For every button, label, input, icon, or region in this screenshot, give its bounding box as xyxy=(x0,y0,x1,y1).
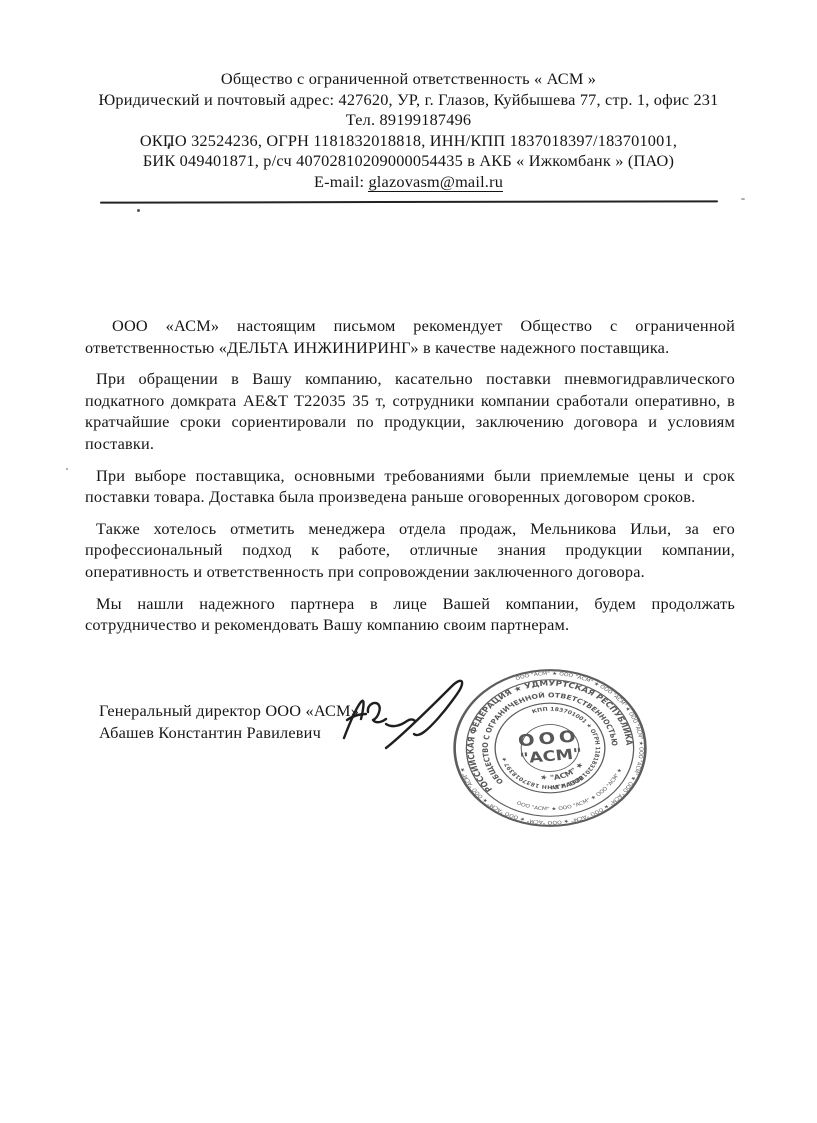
stamp-center-text: ООО "АСМ" xyxy=(517,727,584,767)
company-stamp: ООО "АСМ" ★ ООО "АСМ" ★ ООО "АСМ" ★ ООО … xyxy=(452,668,648,828)
letterhead-divider xyxy=(100,200,718,204)
paragraph-line: оперативность и ответственность при сопр… xyxy=(85,561,735,583)
scan-artifact xyxy=(137,209,140,212)
email-label: E-mail: xyxy=(314,172,364,191)
letterhead: Общество с ограниченной ответственность … xyxy=(0,69,817,193)
bank-details-line: БИК 049401871, р/сч 40702810209000054435… xyxy=(0,151,817,172)
paragraph-line: ответственностью «ДЕЛЬТА ИНЖИНИРИНГ» в к… xyxy=(85,337,735,359)
signatory-name: Абашев Константин Равилевич xyxy=(99,722,359,744)
scan-artifact xyxy=(741,198,745,200)
email-link[interactable]: glazovasm@mail.ru xyxy=(368,172,503,192)
address-line: Юридический и почтовый адрес: 427620, УР… xyxy=(0,90,817,111)
phone-line: Тел. 89199187496 xyxy=(0,110,817,131)
paragraph: Мы нашли надежного партнера в лице Вашей… xyxy=(85,593,735,636)
scan-artifact xyxy=(66,468,68,470)
signature-block: Генеральный директор ООО «АСМ» Абашев Ко… xyxy=(99,700,359,744)
paragraph-line: поставки товара. Доставка была произведе… xyxy=(85,486,735,508)
paragraph-line: Мы нашли надежного партнера в лице Вашей… xyxy=(85,593,735,615)
letter-body: ООО «АСМ» настоящим письмом рекомендует … xyxy=(85,315,735,646)
paragraph-line: сотрудничество и рекомендовать Вашу комп… xyxy=(85,614,735,636)
paragraph-line: При выборе поставщика, основными требова… xyxy=(85,465,735,487)
paragraph-line: кратчайшие сроки сориентировали по проду… xyxy=(85,411,735,433)
paragraph-line: профессиональный подход к работе, отличн… xyxy=(85,539,735,561)
paragraph-line: Также хотелось отметить менеджера отдела… xyxy=(85,518,735,540)
company-name-line: Общество с ограниченной ответственность … xyxy=(0,69,817,90)
paragraph: ООО «АСМ» настоящим письмом рекомендует … xyxy=(85,315,735,358)
email-line: E-mail: glazovasm@mail.ru xyxy=(0,172,817,193)
paragraph-line: подкатного домкрата AE&T T22035 35 т, со… xyxy=(85,390,735,412)
paragraph-line: ООО «АСМ» настоящим письмом рекомендует … xyxy=(85,315,735,337)
scanned-letter-page: Общество с ограниченной ответственность … xyxy=(0,0,817,1123)
registration-codes-line: ОКПО 32524236, ОГРН 1181832018818, ИНН/К… xyxy=(0,131,817,152)
stamp-svg: ООО "АСМ" ★ ООО "АСМ" ★ ООО "АСМ" ★ ООО … xyxy=(452,668,648,828)
paragraph-line: При обращении в Вашу компанию, касательн… xyxy=(85,368,735,390)
paragraph-line: поставки. xyxy=(85,433,735,455)
paragraph: При выборе поставщика, основными требова… xyxy=(85,465,735,508)
paragraph: При обращении в Вашу компанию, касательн… xyxy=(85,368,735,454)
paragraph: Также хотелось отметить менеджера отдела… xyxy=(85,518,735,583)
signatory-title: Генеральный директор ООО «АСМ» xyxy=(99,700,359,722)
